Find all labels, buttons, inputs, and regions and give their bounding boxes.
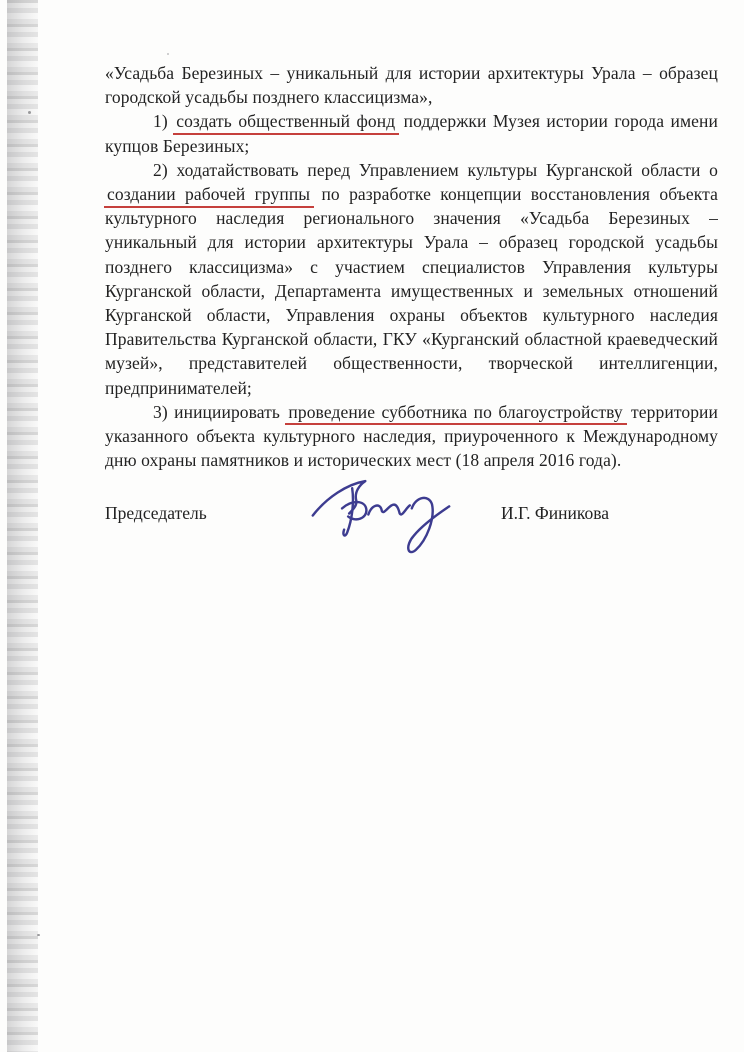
paragraph-text: «Усадьба Березиных – уникальный для исто… — [105, 63, 718, 107]
paragraph-text: 2) ходатайствовать перед Управлением кул… — [153, 160, 718, 180]
red-underlined-text: создании рабочей группы — [104, 184, 314, 208]
red-underlined-text: создать общественный фонд — [173, 111, 399, 135]
handwritten-signature — [305, 469, 460, 565]
paragraph-item-1: 1) создать общественный фонд поддержки М… — [105, 109, 718, 157]
paragraph-text: 1) — [153, 111, 174, 131]
signer-name: И.Г. Финикова — [501, 503, 609, 524]
scanner-artifact-band — [7, 0, 38, 1052]
paragraph-text: по разработке концепции восстановления о… — [105, 184, 718, 398]
scan-speck — [167, 53, 169, 55]
scan-speck — [28, 111, 31, 114]
position-label: Председатель — [105, 503, 207, 524]
paragraph-text: 3) инициировать — [153, 402, 286, 422]
scan-speck — [37, 934, 40, 936]
paragraph-item-3: 3) инициировать проведение субботника по… — [105, 400, 718, 473]
document-body-text: «Усадьба Березиных – уникальный для исто… — [105, 61, 718, 472]
scanned-document-page: «Усадьба Березиных – уникальный для исто… — [0, 0, 744, 1052]
paragraph-intro: «Усадьба Березиных – уникальный для исто… — [105, 61, 718, 109]
paragraph-item-2: 2) ходатайствовать перед Управлением кул… — [105, 158, 718, 400]
signature-block: Председатель И.Г. Финикова — [105, 503, 718, 593]
red-underlined-text: проведение субботника по благоустройству — [285, 402, 626, 426]
